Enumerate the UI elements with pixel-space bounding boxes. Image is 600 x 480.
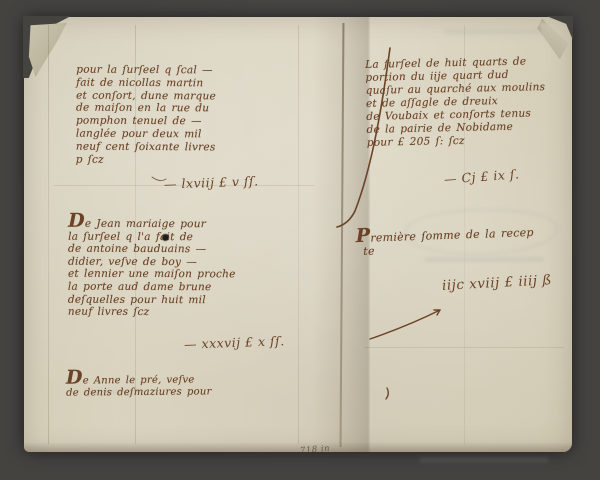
bracket-stroke bbox=[337, 48, 390, 227]
pen-mark bbox=[386, 388, 388, 399]
manuscript-bifolium: pour la ſurſeel q ſcal — fait de nicolla… bbox=[24, 17, 572, 452]
pen-flourish bbox=[152, 177, 166, 181]
pen-strokes-layer bbox=[24, 17, 572, 452]
arrow-stroke bbox=[370, 310, 440, 339]
ghost-showthrough bbox=[419, 457, 549, 463]
manuscript-scan: pour la ſurſeel q ſcal — fait de nicolla… bbox=[0, 0, 600, 480]
